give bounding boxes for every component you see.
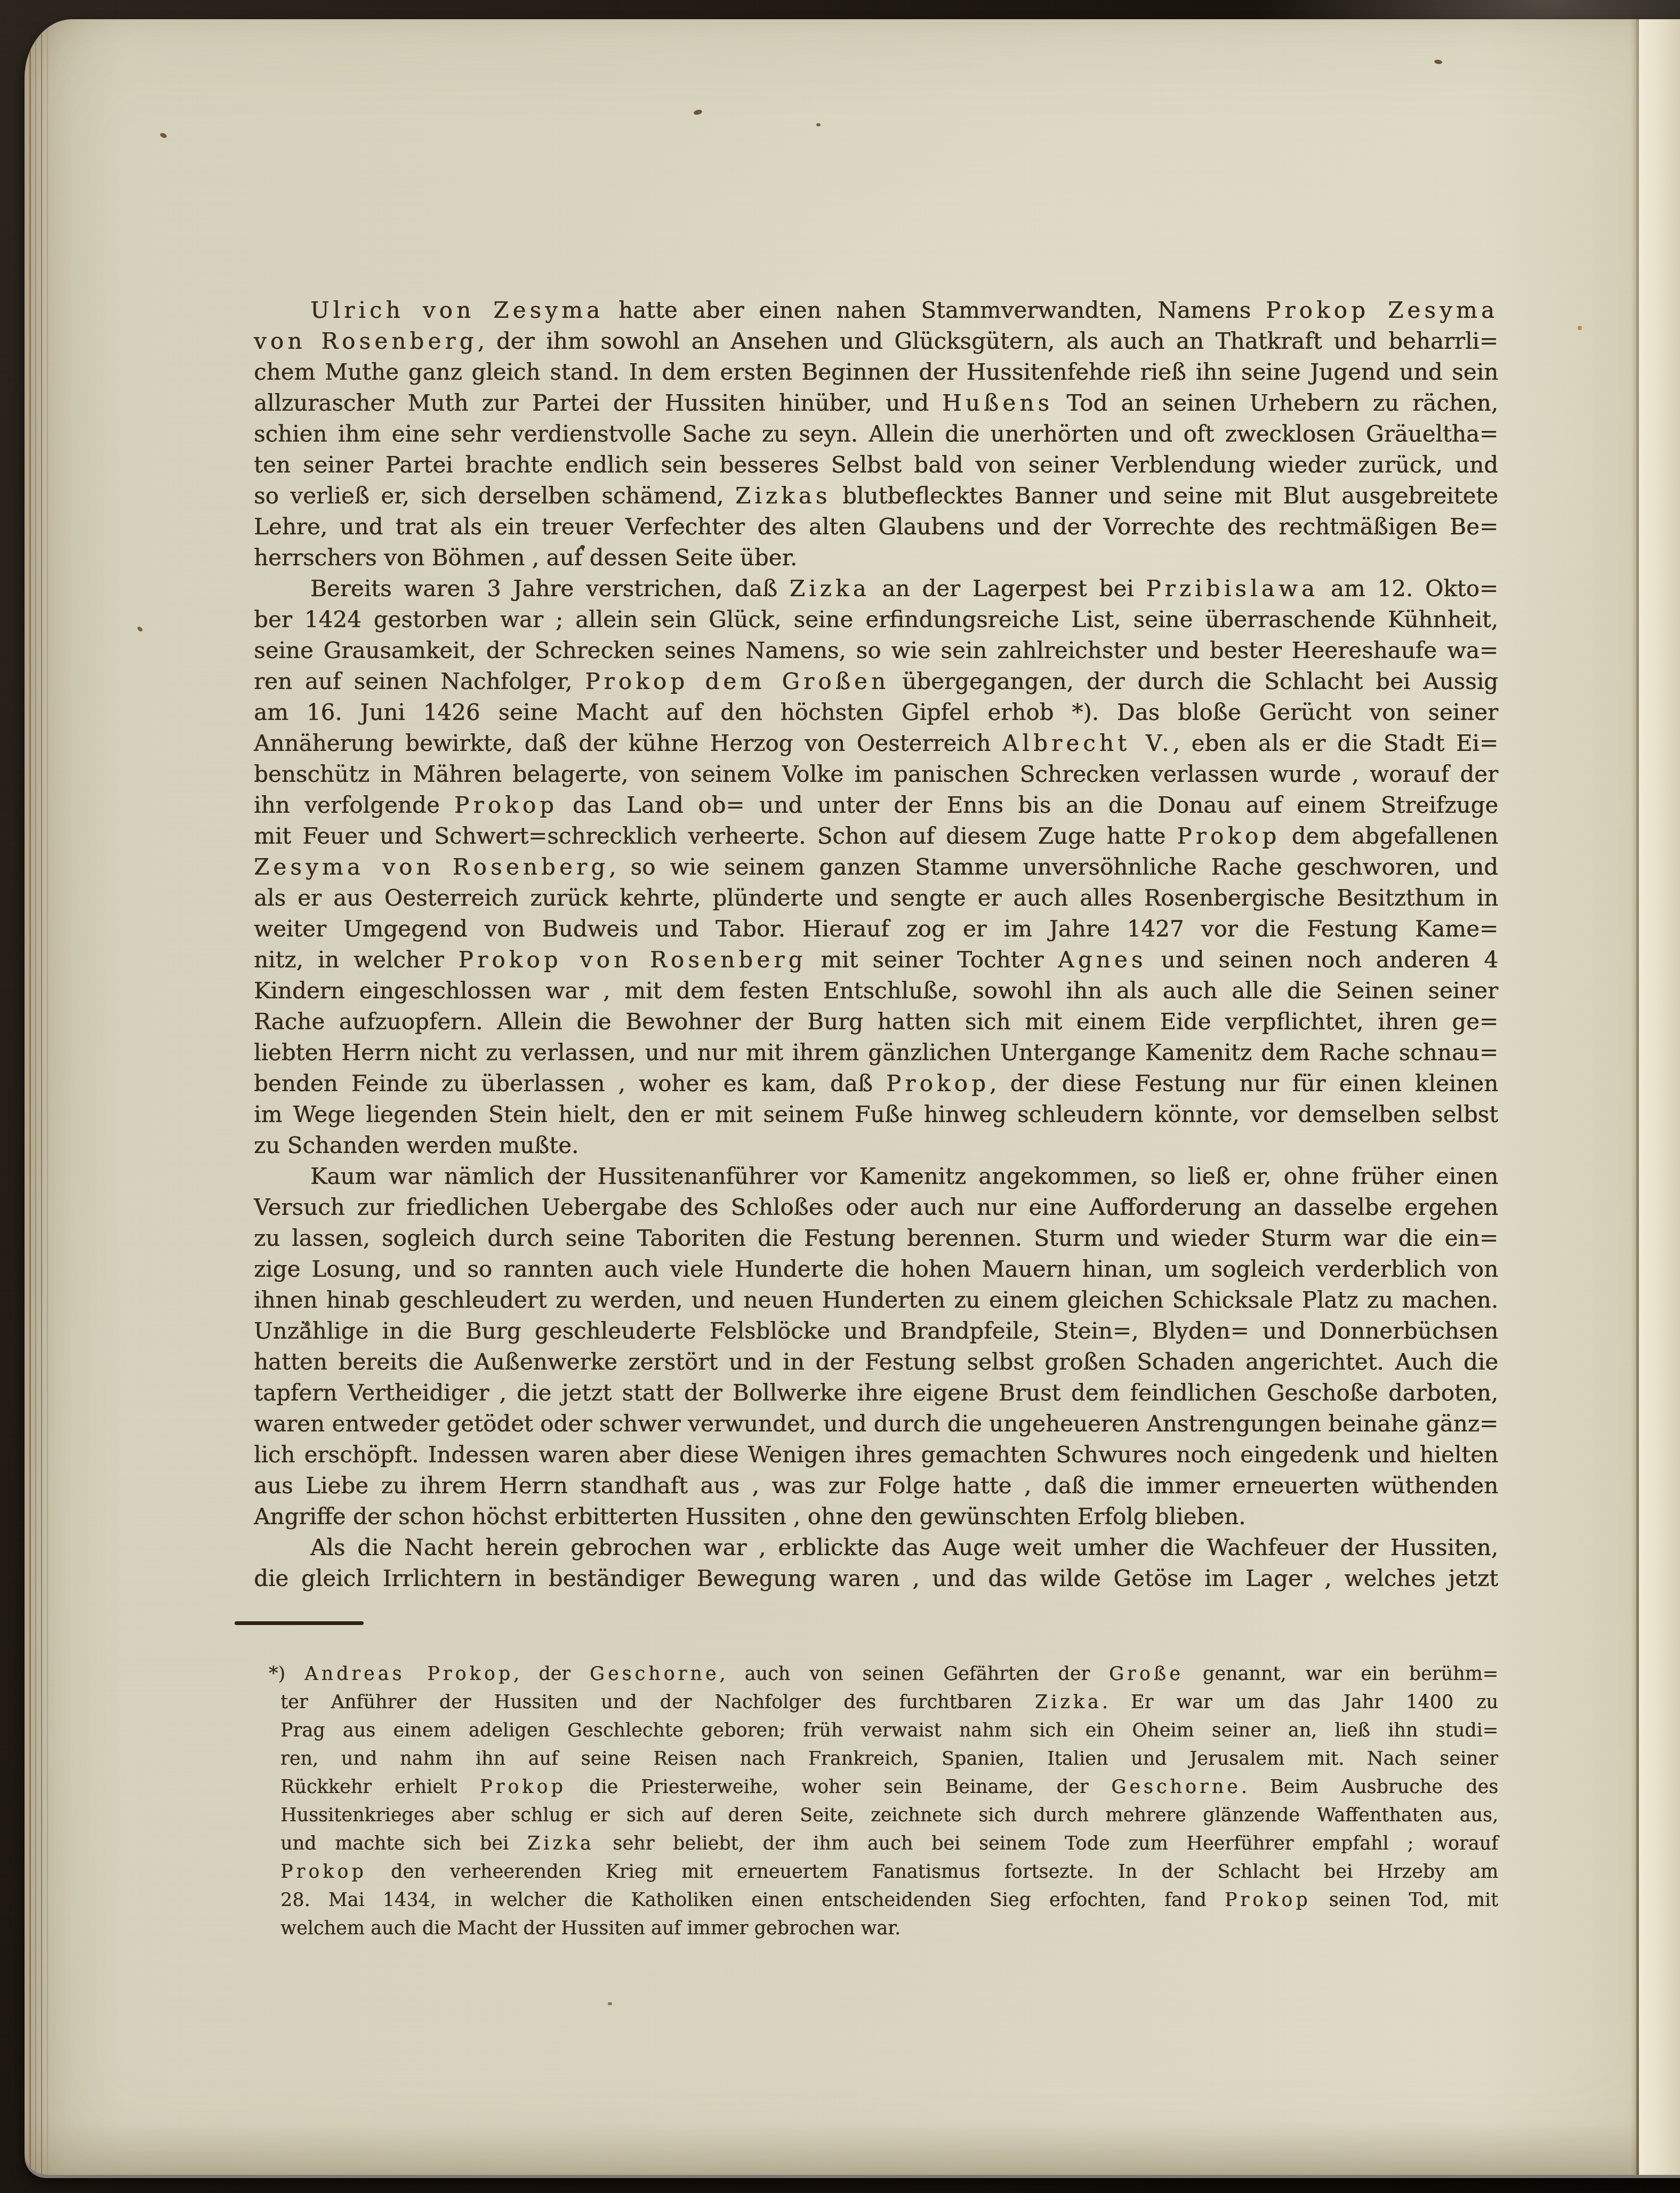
footnote: *) Andreas Prokop, der Geschorne, auch v… bbox=[254, 1660, 1498, 1943]
paper-speck bbox=[580, 545, 585, 549]
paper-speck bbox=[1434, 59, 1443, 65]
footnote-separator bbox=[235, 1621, 364, 1625]
text-line: zu Schanden werden mußte. bbox=[254, 1130, 1498, 1161]
footnote-line: ren, und nahm ihn auf seine Reisen nach … bbox=[254, 1745, 1498, 1773]
spaced-name: Agnes bbox=[1058, 947, 1146, 973]
spaced-name: Geschorne bbox=[1111, 1776, 1241, 1798]
text-line: ihn verfolgende Prokop das Land ob= und … bbox=[254, 790, 1498, 821]
text-line: Unzählige in die Burg geschleuderte Fels… bbox=[254, 1316, 1498, 1347]
text-line: lich erschöpft. Indessen waren aber dies… bbox=[254, 1439, 1498, 1470]
spaced-name: Zesyma von Rosenberg bbox=[254, 854, 609, 880]
text-line: liebten Herrn nicht zu verlassen, und nu… bbox=[254, 1037, 1498, 1068]
text-line: zige Losung, und so rannten auch viele H… bbox=[254, 1254, 1498, 1285]
text-line: ten seiner Partei brachte endlich sein b… bbox=[254, 450, 1498, 481]
text-line: nitz, in welcher Prokop von Rosenberg mi… bbox=[254, 945, 1498, 975]
footnote-line: Hussitenkrieges aber schlug er sich auf … bbox=[254, 1802, 1498, 1830]
paper-speck bbox=[693, 109, 703, 116]
text-line: herrschers von Böhmen , auf dessen Seite… bbox=[254, 542, 1498, 573]
spaced-name: Przibislawa bbox=[1146, 575, 1319, 602]
footnote-line: und machte sich bei Zizka sehr beliebt, … bbox=[254, 1830, 1498, 1858]
spaced-name: Prokop von Rosenberg bbox=[459, 947, 807, 973]
spaced-name: Zizka bbox=[790, 575, 870, 602]
text-line: zu lassen, sogleich durch seine Taborite… bbox=[254, 1223, 1498, 1254]
text-line: Bereits waren 3 Jahre verstrichen, daß Z… bbox=[254, 573, 1498, 604]
text-line: im Wege liegenden Stein hielt, den er mi… bbox=[254, 1099, 1498, 1130]
paper-speck bbox=[136, 626, 143, 632]
spaced-name: Andreas Prokop bbox=[304, 1663, 513, 1685]
text-line: schien ihm eine sehr verdienstvolle Sach… bbox=[254, 419, 1498, 450]
text-line: hatten bereits die Außenwerke zerstört u… bbox=[254, 1347, 1498, 1378]
spaced-name: Prokop bbox=[1225, 1890, 1311, 1911]
text-line: mit Feuer und Schwert=schrecklich verhee… bbox=[254, 821, 1498, 852]
spaced-name: Prokop Zesyma bbox=[1266, 297, 1498, 323]
paper-speck bbox=[816, 123, 821, 126]
paragraph-1: Ulrich von Zesyma hatte aber einen nahen… bbox=[254, 295, 1498, 573]
spaced-name: Geschorne bbox=[590, 1663, 719, 1685]
text-line: Lehre, und trat als ein treuer Verfechte… bbox=[254, 511, 1498, 542]
spaced-name: Zizka bbox=[1035, 1692, 1102, 1713]
footnote-line: Prokop den verheerenden Krieg mit erneue… bbox=[254, 1858, 1498, 1886]
footnote-line: welchem auch die Macht der Hussiten auf … bbox=[254, 1915, 1498, 1943]
text-line: ren auf seinen Nachfolger, Prokop dem Gr… bbox=[254, 666, 1498, 697]
spaced-name: Zizkas bbox=[735, 483, 831, 509]
text-line: seine Grausamkeit, der Schrecken seines … bbox=[254, 635, 1498, 666]
spaced-name: Prokop bbox=[886, 1070, 990, 1096]
text-line: als er aus Oesterreich zurück kehrte, pl… bbox=[254, 883, 1498, 914]
text-line: Ulrich von Zesyma hatte aber einen nahen… bbox=[254, 295, 1498, 326]
text-line: Als die Nacht herein gebrochen war , erb… bbox=[254, 1532, 1498, 1563]
text-line: Zesyma von Rosenberg, so wie seinem ganz… bbox=[254, 852, 1498, 883]
text-line: weiter Umgegend von Budweis und Tabor. H… bbox=[254, 914, 1498, 945]
text-line: Versuch zur friedlichen Uebergabe des Sc… bbox=[254, 1192, 1498, 1223]
footnote-line: Rückkehr erhielt Prokop die Priesterweih… bbox=[254, 1773, 1498, 1802]
spaced-name: Prokop bbox=[454, 792, 558, 818]
spaced-name: Prokop bbox=[480, 1776, 566, 1798]
text-line: die gleich Irrlichtern in beständiger Be… bbox=[254, 1563, 1498, 1594]
spaced-name: Zizka bbox=[527, 1833, 594, 1854]
text-line: allzurascher Muth zur Partei der Hussite… bbox=[254, 388, 1498, 419]
spaced-name: Ulrich von Zesyma bbox=[310, 297, 604, 323]
footnote-line: ter Anführer der Hussiten und der Nachfo… bbox=[254, 1688, 1498, 1717]
paragraph-2: Bereits waren 3 Jahre verstrichen, daß Z… bbox=[254, 573, 1498, 1161]
scan-background: { "document": { "language": "German (Fra… bbox=[0, 0, 1680, 2193]
paragraph-3: Kaum war nämlich der Hussitenanführer vo… bbox=[254, 1161, 1498, 1532]
text-line: ihnen hinab geschleudert zu werden, und … bbox=[254, 1285, 1498, 1316]
text-block: Ulrich von Zesyma hatte aber einen nahen… bbox=[254, 295, 1498, 1594]
text-line: ber 1424 gestorben war ; allein sein Glü… bbox=[254, 604, 1498, 635]
spaced-name: Prokop bbox=[1177, 823, 1280, 849]
paragraph-4: Als die Nacht herein gebrochen war , erb… bbox=[254, 1532, 1498, 1594]
paper-speck bbox=[304, 1322, 310, 1326]
book-page: Ulrich von Zesyma hatte aber einen nahen… bbox=[25, 19, 1680, 2175]
text-line: Kindern eingeschlossen war , mit dem fes… bbox=[254, 975, 1498, 1006]
text-line: tapfern Vertheidiger , die jetzt statt d… bbox=[254, 1378, 1498, 1408]
text-line: Kaum war nämlich der Hussitenanführer vo… bbox=[254, 1161, 1498, 1192]
text-line: am 16. Juni 1426 seine Macht auf den höc… bbox=[254, 697, 1498, 728]
text-line: Annäherung bewirkte, daß der kühne Herzo… bbox=[254, 728, 1498, 759]
spaced-name: Prokop bbox=[280, 1861, 367, 1883]
spaced-name: von Rosenberg bbox=[254, 328, 478, 354]
next-page-edge bbox=[1639, 19, 1680, 2175]
text-line: benden Feinde zu überlassen , woher es k… bbox=[254, 1068, 1498, 1099]
text-line: chem Muthe ganz gleich stand. In dem ers… bbox=[254, 357, 1498, 388]
footnote-line: 28. Mai 1434, in welcher die Katholiken … bbox=[254, 1886, 1498, 1915]
stacked-page-edges bbox=[25, 19, 51, 2175]
footnote-line: Prag aus einem adeligen Geschlechte gebo… bbox=[254, 1717, 1498, 1745]
text-line: benschütz in Mähren belagerte, von seine… bbox=[254, 759, 1498, 790]
footnote-line: *) Andreas Prokop, der Geschorne, auch v… bbox=[254, 1660, 1498, 1688]
text-line: von Rosenberg, der ihm sowohl an Ansehen… bbox=[254, 326, 1498, 357]
paper-speck bbox=[1578, 326, 1582, 330]
spaced-name: Hußens bbox=[942, 390, 1053, 416]
spaced-name: Große bbox=[1109, 1663, 1184, 1685]
text-line: Rache aufzuopfern. Allein die Bewohner d… bbox=[254, 1006, 1498, 1037]
text-line: so verließ er, sich derselben schämend, … bbox=[254, 481, 1498, 511]
text-line: Angriffe der schon höchst erbitterten Hu… bbox=[254, 1501, 1498, 1532]
spaced-name: Albrecht V. bbox=[1002, 730, 1173, 756]
spaced-name: Prokop dem Großen bbox=[585, 668, 889, 694]
text-line: waren entweder getödet oder schwer verwu… bbox=[254, 1408, 1498, 1439]
text-line: aus Liebe zu ihrem Herrn standhaft aus ,… bbox=[254, 1470, 1498, 1501]
paper-speck bbox=[159, 132, 167, 139]
paper-speck bbox=[608, 2002, 612, 2005]
